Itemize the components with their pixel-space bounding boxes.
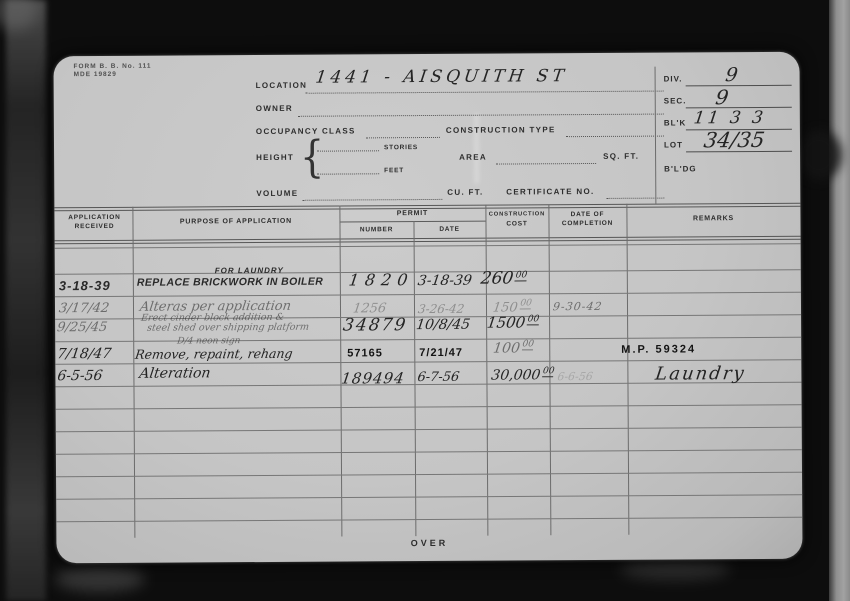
cell-permit-number: 1820 [348,270,415,289]
bldg-label: B'L'DG [664,164,697,173]
scan-artifact-blob [796,130,842,180]
col-header-purpose: PURPOSE OF APPLICATION [132,218,339,226]
scan-artifact-left-band [6,0,46,601]
cell-purpose: Alteration [138,365,211,381]
cell-permit-number: 57165 [347,347,383,359]
cell-permit-date: 7/21/47 [419,347,463,359]
location-value: 1441 - AISQUITH ST [314,66,569,88]
col-header-completion: COMPLETION [548,220,626,227]
volume-line [302,199,442,201]
stories-label: STORIES [384,144,418,151]
cell-cost-cents: 00 [527,314,540,325]
cell-purpose-note: D/4 neon sign [177,336,241,346]
over-label: OVER [56,536,802,551]
cuft-label: CU. FT. [447,188,483,197]
cell-completed-faint: 6-6-56 [557,370,594,383]
col-header-remarks: REMARKS [626,215,800,223]
certificate-label: CERTIFICATE NO. [506,187,594,197]
volume-label: VOLUME [256,189,298,198]
form-number-line1: FORM B. B. No. 111 [74,63,152,71]
scan-artifact-blob [620,558,730,580]
permit-subheader-rule [339,221,485,223]
blk-value: 11 3 3 [693,108,768,128]
cell-purpose: REPLACE BRICKWORK IN BOILER [137,276,323,289]
div-value: 9 [724,64,739,86]
area-label: AREA [459,153,487,162]
permit-card: FORM B. B. No. 111 MDE 19829 LOCATION 14… [53,52,802,564]
col-header-received: RECEIVED [56,223,132,230]
parcel-box: DIV. 9 SEC. 9 BL'K 11 3 3 LOT 34/35 B'L'… [53,52,799,57]
sqft-label: SQ. FT. [603,152,639,161]
cell-cost-cents: 00 [515,270,528,281]
location-line [306,91,664,94]
cell-received: 6-5-56 [56,368,103,384]
col-header-cost: COST [485,220,548,227]
col-header-construction: CONSTRUCTION [485,211,548,217]
cell-permit-date: 3-18-39 [417,273,473,289]
cell-cost: 30,00000 [490,366,555,383]
cell-purpose-line2: steel shed over shipping platform [146,322,309,334]
scan-artifact-blob [55,566,145,592]
sec-label: SEC. [664,96,687,105]
div-line [686,85,792,87]
feet-line [317,173,379,174]
cell-cost-cents: 00 [519,298,532,309]
cell-cost-cents: 00 [542,366,555,377]
form-number: FORM B. B. No. 111 MDE 19829 [74,63,152,79]
cell-permit-number: 34879 [342,315,409,335]
cell-permit-number: 189494 [340,369,406,387]
scan-artifact-streak [474,114,479,184]
col-header-application: APPLICATION [56,214,132,221]
owner-line [298,114,664,117]
lot-value: 34/35 [702,128,766,152]
cell-received: 9/25/45 [56,320,108,335]
construction-type-label: CONSTRUCTION TYPE [446,125,556,135]
lot-label: LOT [664,140,683,149]
table-row: 3-18-39 FOR LAUNDRY REPLACE BRICKWORK IN… [55,265,801,296]
permit-table: APPLICATION RECEIVED PURPOSE OF APPLICAT… [53,52,799,57]
location-label: LOCATION [256,81,308,90]
cell-received: 7/18/47 [56,346,112,362]
stories-line [317,150,379,151]
col-header-date: DATE [414,226,486,233]
area-line [496,163,596,165]
col-header-permit: PERMIT [339,210,485,218]
occupancy-class-line [366,137,440,138]
cell-received: 3-18-39 [59,278,111,293]
cell-permit-date: 10/8/45 [415,317,471,333]
cell-permit-date: 6-7-56 [416,370,460,385]
cell-cost: 26000 [479,268,528,288]
scan-artifact-blob [0,0,38,30]
cell-cost: 150000 [486,313,540,331]
height-label: HEIGHT [256,153,294,162]
div-label: DIV. [664,74,683,83]
construction-type-line [566,136,664,138]
cell-cost: 10000 [492,339,534,356]
blk-label: BL'K [664,118,686,127]
scan-artifact-right-band [829,0,850,601]
owner-label: OWNER [256,104,293,113]
table-row: 6-5-56 Alteration 189494 6-7-56 30,00000… [55,360,801,391]
cell-purpose: Remove, repaint, rehang [134,346,293,362]
cell-purpose-note: FOR LAUNDRY [215,266,284,275]
col-header-date-of: DATE OF [548,211,626,218]
cell-cost-cents: 00 [522,339,535,350]
sec-value: 9 [714,85,730,109]
cell-remarks: Laundry [654,363,747,385]
feet-label: FEET [384,167,404,174]
col-header-number: NUMBER [340,226,414,233]
cell-remarks: M.P. 59324 [621,343,696,355]
form-number-line2: MDE 19829 [74,71,152,79]
